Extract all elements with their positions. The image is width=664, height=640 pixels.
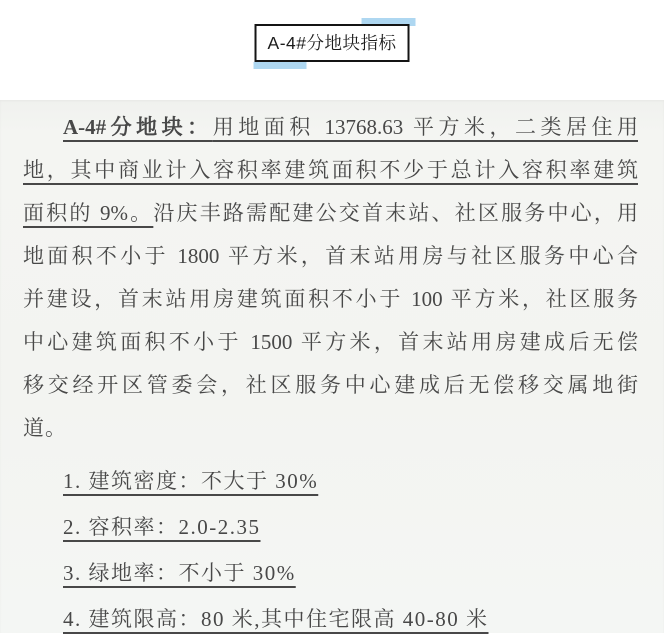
list-item-4: 4. 建筑限高：80 米,其中住宅限高 40-80 米	[23, 596, 638, 640]
text-segment: 用地面积 13768.63 平方米，二类居住用	[213, 115, 638, 139]
text-segment: 地，其中商业计入容积率建筑面积不少于总计入容积率建筑	[23, 158, 638, 182]
text-segment: 2. 容积率：2.0-2.35	[63, 515, 261, 539]
title-plate: A-4#分地块指标	[255, 24, 410, 62]
para-line-3: 面积的 9%。沿庆丰路需配建公交首末站、社区服务中心，用	[23, 192, 638, 235]
para-line-2: 地，其中商业计入容积率建筑面积不少于总计入容积率建筑	[23, 149, 638, 192]
text-segment: 1. 建筑密度：不大于 30%	[63, 469, 318, 493]
para-line-5: 并建设，首末站用房建筑面积不小于 100 平方米，社区服务	[23, 278, 638, 321]
para-line-8: 道。	[23, 407, 638, 450]
document-lines: A-4#分地块：用地面积 13768.63 平方米，二类居住用地，其中商业计入容…	[23, 106, 638, 640]
list-item-2: 2. 容积率：2.0-2.35	[23, 504, 638, 550]
text-segment: 中心建筑面积不小于 1500 平方米，首末站用房建成后无偿	[23, 330, 638, 354]
para-line-6: 中心建筑面积不小于 1500 平方米，首末站用房建成后无偿	[23, 321, 638, 364]
para-line-1: A-4#分地块：用地面积 13768.63 平方米，二类居住用	[23, 106, 638, 149]
text-segment: 道。	[23, 416, 67, 440]
document-scan: A-4#分地块：用地面积 13768.63 平方米，二类居住用地，其中商业计入容…	[0, 100, 664, 633]
text-segment: 沿庆丰路需配建公交首末站、社区服务中心，用	[153, 201, 638, 225]
text-segment: 移交经开区管委会，社区服务中心建成后无偿移交属地街	[23, 373, 638, 397]
document-page: A-4#分地块指标 A-4#分地块：用地面积 13768.63 平方米，二类居住…	[0, 0, 664, 640]
text-segment: 3. 绿地率：不小于 30%	[63, 561, 296, 585]
text-segment: A-4#分地块：	[63, 115, 213, 139]
text-segment: 并建设，首末站用房建筑面积不小于 100 平方米，社区服务	[23, 287, 638, 311]
text-segment: 4. 建筑限高：80 米,其中住宅限高 40-80 米	[63, 607, 489, 631]
highlight-mark-bottom	[254, 62, 307, 69]
para-line-4: 地面积不小于 1800 平方米，首末站用房与社区服务中心合	[23, 235, 638, 278]
text-segment: 地面积不小于 1800 平方米，首末站用房与社区服务中心合	[23, 244, 638, 268]
para-line-7: 移交经开区管委会，社区服务中心建成后无偿移交属地街	[23, 364, 638, 407]
list-item-1: 1. 建筑密度：不大于 30%	[23, 458, 638, 504]
page-title: A-4#分地块指标	[255, 24, 410, 62]
text-segment: 面积的 9%。	[23, 201, 153, 225]
list-item-3: 3. 绿地率：不小于 30%	[23, 550, 638, 596]
